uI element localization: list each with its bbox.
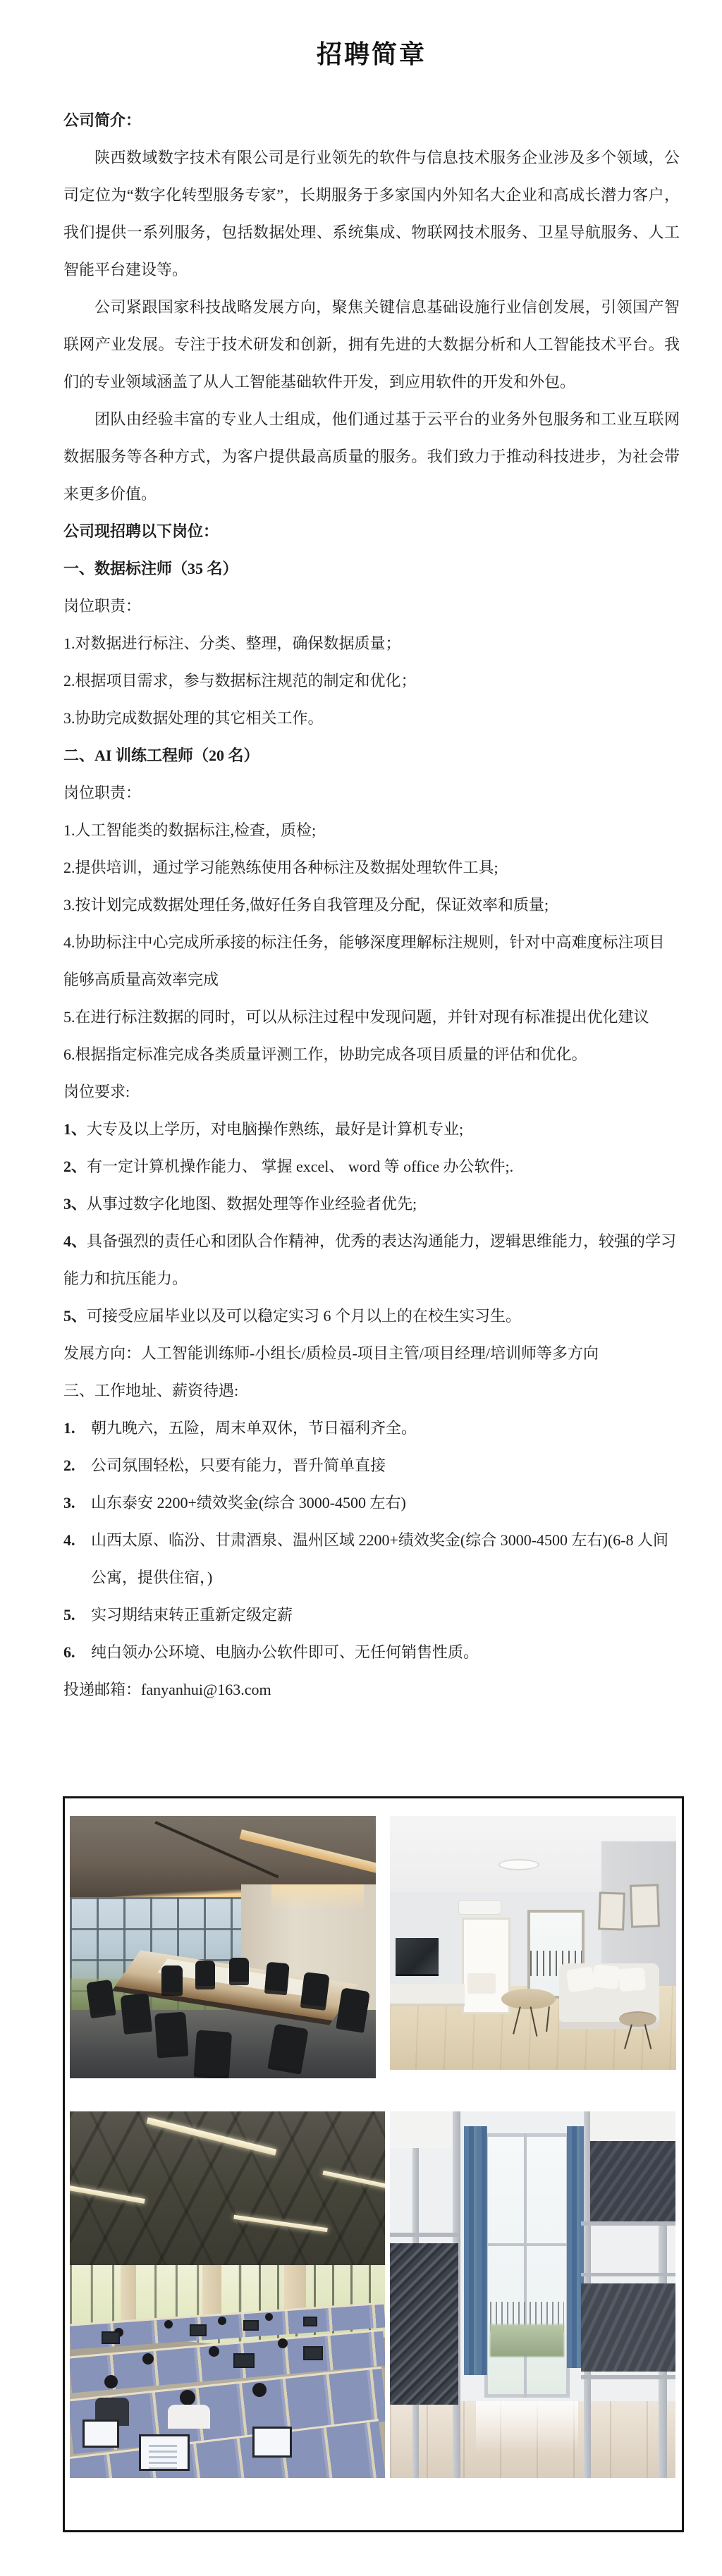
benefit-item: 5.实习期结束转正重新定级定薪 [63, 1596, 680, 1633]
document-body: 招聘简章 公司简介： 陕西数域数字技术有限公司是行业领先的软件与信息技术服务企业… [63, 0, 680, 1708]
monitor-shape [303, 2346, 323, 2360]
office-chair-shape [194, 2030, 232, 2075]
office-chair-shape [264, 1962, 289, 1992]
side-table-shape [619, 2011, 656, 2027]
upper-bedding-shape [390, 2111, 453, 2148]
job2-requirement: 5、可接受应届毕业以及可以稳定实习 6 个月以上的在校生实习生。 [63, 1297, 680, 1335]
job2-duty: 6.根据指定标准完成各类质量评测工作，协助完成各项目质量的评估和优化。 [63, 1036, 680, 1073]
benefit-text: 纯白领办公环境、电脑办公软件即可、无任何销售性质。 [91, 1643, 479, 1661]
office-chair-shape [154, 2012, 188, 2055]
lower-bunk-bedding-shape [581, 2283, 675, 2372]
photo-collage-frame [63, 1796, 684, 2532]
intro-paragraph: 陕西数域数字技术有限公司是行业领先的软件与信息技术服务企业涉及多个领域，公司定位… [63, 139, 680, 288]
monitor-shape [303, 2317, 317, 2326]
job1-duties-heading: 岗位职责： [63, 587, 680, 625]
job2-requirements-heading: 岗位要求: [63, 1073, 680, 1110]
pillow-shape [618, 1968, 646, 1992]
benefit-item: 2.公司氛围轻松，只要有能力，晋升简单直接 [63, 1447, 680, 1484]
job2-duty: 2.提供培训，通过学习能熟练使用各种标注及数据处理软件工具; [63, 849, 680, 886]
job2-duty: 3.按计划完成数据处理任务,做好任务自我管理及分配，保证效率和质量; [63, 886, 680, 924]
recruitment-document-page: 招聘简章 公司简介： 陕西数域数字技术有限公司是行业领先的软件与信息技术服务企业… [0, 0, 722, 2576]
positions-heading: 公司现招聘以下岗位： [63, 513, 680, 550]
benefit-number: 2. [63, 1447, 75, 1484]
air-conditioner-shape [458, 1900, 501, 1915]
benefit-number: 6. [63, 1633, 75, 1671]
job1-duty: 1.对数据进行标注、分类、整理，确保数据质量； [63, 625, 680, 662]
contact-email: fanyanhui@163.com [141, 1681, 271, 1698]
monitor-screen-lit-shape [82, 2419, 119, 2448]
office-workspace-photo [70, 2111, 385, 2478]
benefit-number: 3. [63, 1484, 75, 1521]
office-chair-shape [120, 1993, 152, 2031]
job1-duty: 3.协助完成数据处理的其它相关工作。 [63, 699, 680, 737]
picture-frame-shape [630, 1884, 660, 1928]
dormitory-photo [390, 2111, 675, 2478]
requirement-number: 2、 [63, 1158, 87, 1175]
requirement-text: 有一定计算机操作能力、 掌握 excel、 word 等 office 办公软件… [87, 1158, 513, 1175]
benefit-item: 3.山东泰安 2200+绩效奖金(综合 3000-4500 左右) [63, 1484, 680, 1521]
monitor-screen-lit-shape [252, 2427, 292, 2458]
benefit-number: 4. [63, 1521, 75, 1559]
contact-label: 投递邮箱： [63, 1681, 141, 1698]
left-bunk-mattress-shape [390, 2243, 458, 2405]
benefit-text: 朝九晚六，五险，周末单双休，节日福利齐全。 [91, 1419, 417, 1437]
job2-duty: 5.在进行标注数据的同时，可以从标注过程中发现问题，并针对现有标准提出优化建议 [63, 998, 680, 1036]
benefit-item: 6.纯白领办公环境、电脑办公软件即可、无任何销售性质。 [63, 1633, 680, 1671]
curtain-shape [464, 2126, 487, 2376]
window-mullion-shape [487, 2243, 567, 2246]
job2-requirement: 1、大专及以上学历，对电脑操作熟练，最好是计算机专业; [63, 1110, 680, 1148]
benefit-text: 实习期结束转正重新定级定薪 [91, 1606, 293, 1624]
intro-paragraph: 公司紧跟国家科技战略发展方向，聚焦关键信息基础设施行业信创发展，引领国产智联网产… [63, 288, 680, 400]
intro-paragraph: 团队由经验丰富的专业人士组成，他们通过基于云平台的业务外包服务和工业互联网数据服… [63, 400, 680, 513]
monitor-shape [233, 2353, 255, 2368]
bed-glimpse-shape [467, 1973, 496, 1994]
document-on-screen-shape [149, 2445, 177, 2469]
pillow-shape [592, 1965, 620, 1990]
white-hoodie-person-shape [168, 2405, 210, 2429]
job2-requirement: 4、具备强烈的责任心和团队合作精神，优秀的表达沟通能力，逻辑思维能力，较强的学习… [63, 1222, 680, 1297]
benefit-text: 公司氛围轻松，只要有能力，晋升简单直接 [91, 1456, 386, 1474]
section3-heading: 三、工作地址、薪资待遇: [63, 1372, 680, 1409]
monitor-shape [102, 2331, 120, 2344]
balcony-window-shape [484, 2133, 570, 2397]
intro-heading: 公司简介： [63, 102, 680, 139]
person-head-shape [142, 2353, 154, 2365]
requirement-text: 大专及以上学历，对电脑操作熟练，最好是计算机专业; [87, 1120, 463, 1138]
floor-reflection-shape [476, 2401, 579, 2453]
greenery-view-shape [490, 2324, 564, 2357]
benefit-number: 5. [63, 1596, 75, 1633]
tv-shape [396, 1938, 439, 1976]
person-head-shape [209, 2346, 219, 2357]
page-title: 招聘简章 [63, 39, 680, 69]
job2-heading: 二、AI 训练工程师（20 名） [63, 737, 680, 774]
window-mullion-shape [524, 2133, 527, 2397]
requirement-number: 4、 [63, 1232, 87, 1250]
upper-bunk-blanket-shape [590, 2141, 676, 2221]
benefit-item: 4.山西太原、临汾、甘肃酒泉、温州区域 2200+绩效奖金(综合 3000-45… [63, 1521, 680, 1596]
requirement-number: 1、 [63, 1120, 87, 1138]
wall-glow-shape [271, 1884, 363, 1910]
development-direction-line: 发展方向：人工智能训练师-小组长/质检员-项目主管/项目经理/培训师等多方向 [63, 1335, 680, 1372]
job2-duties-heading: 岗位职责： [63, 774, 680, 811]
office-chair-shape [336, 1987, 370, 2030]
picture-frame-shape [598, 1891, 625, 1930]
benefit-text: 山东泰安 2200+绩效奖金(综合 3000-4500 左右) [91, 1494, 406, 1511]
requirement-number: 5、 [63, 1307, 87, 1325]
bunk-rail-shape [581, 2273, 675, 2276]
requirement-text: 具备强烈的责任心和团队合作精神，优秀的表达沟通能力，逻辑思维能力，较强的学习能力… [63, 1232, 676, 1287]
contact-line: 投递邮箱：fanyanhui@163.com [63, 1671, 680, 1708]
apartment-photo [390, 1816, 676, 2070]
pillow-shape [566, 1967, 595, 1993]
bunk-rail-shape [390, 2233, 458, 2237]
office-chair-shape [86, 1980, 116, 2016]
requirement-text: 可接受应届毕业以及可以稳定实习 6 个月以上的在校生实习生。 [87, 1307, 521, 1325]
benefit-item: 1.朝九晚六，五险，周末单双休，节日福利齐全。 [63, 1409, 680, 1447]
job2-duty: 4.协助标注中心完成所承接的标注任务，能够深度理解标注规则，针对中高难度标注项目… [63, 924, 680, 998]
job2-requirement: 2、有一定计算机操作能力、 掌握 excel、 word 等 office 办公… [63, 1148, 680, 1185]
requirement-number: 3、 [63, 1195, 87, 1213]
job1-heading: 一、数据标注师（35 名） [63, 550, 680, 587]
job2-requirement: 3、从事过数字化地图、数据处理等作业经验者优先; [63, 1185, 680, 1222]
office-chair-shape [195, 1961, 215, 1986]
monitor-shape [243, 2320, 259, 2331]
monitor-shape [190, 2324, 207, 2336]
office-chair-shape [229, 1958, 249, 1982]
meeting-room-photo [70, 1816, 376, 2078]
job1-duty: 2.根据项目需求，参与数据标注规范的制定和优化； [63, 662, 680, 699]
office-chair-shape [300, 1972, 329, 2007]
upper-bunk-mattress-shape [590, 2111, 676, 2145]
bunk-rail-shape [581, 2221, 675, 2226]
job2-duty: 1.人工智能类的数据标注,检查，质检; [63, 811, 680, 849]
person-head-shape [252, 2383, 267, 2397]
requirement-text: 从事过数字化地图、数据处理等作业经验者优先; [87, 1195, 417, 1213]
office-chair-shape [161, 1965, 183, 1992]
benefit-number: 1. [63, 1409, 75, 1447]
industrial-ceiling-shape [70, 2111, 385, 2265]
bunk-rail-shape [581, 2375, 675, 2379]
tv-bench-shape [390, 1984, 465, 2006]
benefit-text: 山西太原、临汾、甘肃酒泉、温州区域 2200+绩效奖金(综合 3000-4500… [91, 1531, 668, 1586]
